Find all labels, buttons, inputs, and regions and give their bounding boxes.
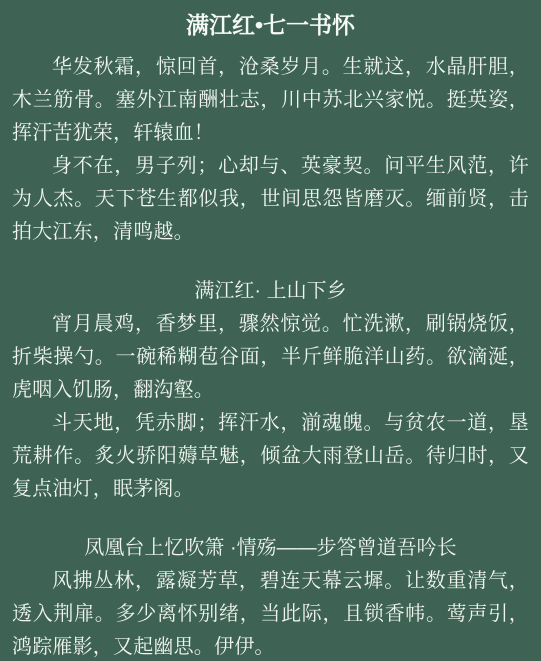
poem3-title: 凤凰台上忆吹箫 ·情殇——步答曾道吾吟长 xyxy=(12,532,529,565)
poem2-stanza-1: 宵月晨鸡，香梦里，骤然惊觉。忙洗漱，刷锅烧饭，折柴操勺。一碗稀糊苞谷面，半斤鲜脆… xyxy=(12,308,529,407)
poem1-stanza-1: 华发秋霜，惊回首，沧桑岁月。生就这，水晶肝胆，木兰筋骨。塞外江南酬壮志，川中苏北… xyxy=(12,51,529,150)
poem1-stanza-2: 身不在，男子列；心却与、英豪契。问平生风范，许为人杰。天下苍生都似我，世间思怨皆… xyxy=(12,150,529,249)
poem2-stanza-2: 斗天地，凭赤脚；挥汗水，湔魂魄。与贫农一道，垦荒耕作。炙火骄阳薅草魅，倾盆大雨登… xyxy=(12,407,529,506)
section-gap xyxy=(12,506,529,532)
poem2-title: 满江红· 上山下乡 xyxy=(12,275,529,308)
section-gap xyxy=(12,249,529,275)
poem3-stanza-1: 风拂丛林，露凝芳草，碧连天幕云墀。让数重清气，透入荆扉。多少离怀别绪，当此际，且… xyxy=(12,565,529,661)
poetry-article: 满江红•七一书怀 华发秋霜，惊回首，沧桑岁月。生就这，水晶肝胆，木兰筋骨。塞外江… xyxy=(0,0,541,661)
main-poem-title: 满江红•七一书怀 xyxy=(12,8,529,42)
